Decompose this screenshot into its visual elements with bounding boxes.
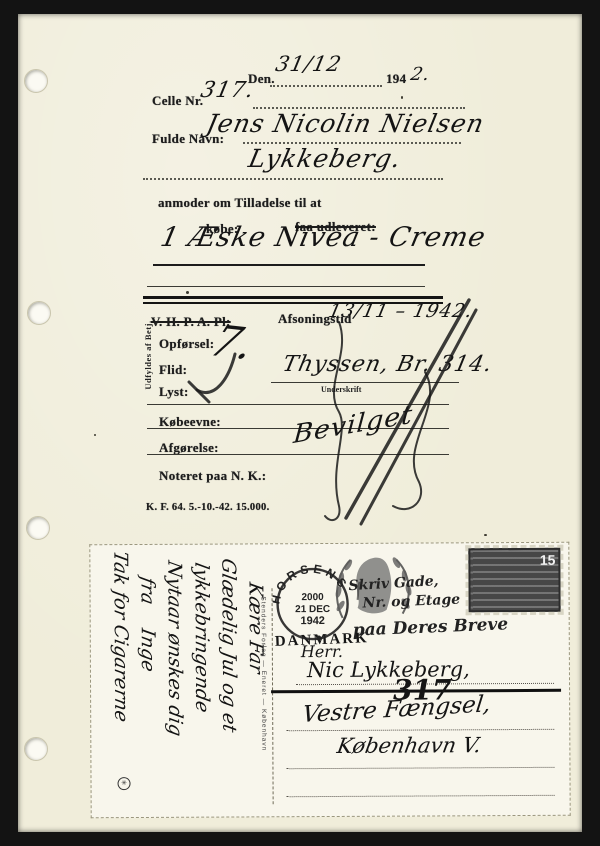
punch-hole [27,301,51,325]
message-line: fra Inge [133,547,161,810]
publisher-imprint: Stenders Forlag — Eneret — København [260,596,268,751]
margin-note: Udfyldes af Betj. [143,309,153,401]
message-line: lykkebringende [187,546,215,809]
address-city: København V. [335,733,483,758]
full-name-line1: Jens Nicolin Nielsen [204,109,487,138]
publisher-emblem-icon: ✳ [118,777,131,790]
requested-item: 1 Æske Nivea - Creme [158,222,489,253]
year-printed: 194 [386,71,406,87]
date-handwritten: 31/12 [273,52,344,76]
scan-speck [94,434,96,436]
postcard-message-rotated: Kære Far Glædelig Jul og et lykkebringen… [102,548,269,807]
cell-number-label: Celle Nr. [152,93,203,109]
postmark-day: 21 DEC [295,604,330,615]
noted-label: Noteret paa N. K.: [159,468,266,484]
cell-number-value: 317. [198,78,256,103]
date-line [270,85,382,87]
request-text: anmoder om Tilladelse til at [158,195,322,211]
full-name-line2: Lykkeberg. [246,144,404,173]
postcard-message: Kære Far Glædelig Jul og et lykkebringen… [102,548,271,811]
item-underline [153,264,425,266]
message-line: Glædelig Jul og et [214,546,242,809]
blank-item-line [147,286,425,287]
officer-signature: Thyssen, Br. 314. [280,352,495,377]
punch-hole [24,69,48,93]
year-handwritten: 2. [409,64,433,85]
postmark-hour: 2000 [301,592,324,603]
address-line-rule [286,729,554,731]
address-line-rule [287,795,555,797]
conduct-label: Opførsel: [159,336,214,352]
postmark-dot [316,636,321,641]
cell-number-overlay: 317 [393,673,452,706]
diligence-label: Flid: [159,362,187,378]
message-line: Nytaar ønskes dig [160,547,188,810]
slogan-line: Nr. og Etage [362,592,460,612]
punch-hole [26,516,50,540]
postage-stamp: 15 [468,548,560,612]
scanned-page: Den. 31/12 194 2. Celle Nr. 317. Fulde N… [18,14,582,832]
christmas-postcard: Kære Far Glædelig Jul og et lykkebringen… [89,542,570,819]
decision-value: Bevilget [292,400,414,450]
message-line: Tak for Cigarerne [106,547,134,810]
row-line [147,454,449,455]
desire-label: Lyst: [159,384,189,400]
address-line-rule [286,767,554,769]
signature-caption: Underskrift [321,385,361,394]
postmark-year: 1942 [300,615,325,627]
prison-permission-form: Den. 31/12 194 2. Celle Nr. 317. Fulde N… [143,54,478,536]
postmark-horsens: HORSENS 2000 21 DEC 1942 [272,562,352,646]
signature-line [271,382,459,383]
stamp-value: 15 [540,552,556,568]
name-line2 [143,178,443,180]
scan-speck [484,534,487,536]
form-reference: K. F. 64. 5.-10.-42. 15.000. [146,502,270,513]
punch-hole [24,737,48,761]
serving-time-value: 13/11 – 1942. [327,300,475,322]
scanned-archive-page: { "form": { "date_label": "Den.", "date_… [0,0,600,846]
